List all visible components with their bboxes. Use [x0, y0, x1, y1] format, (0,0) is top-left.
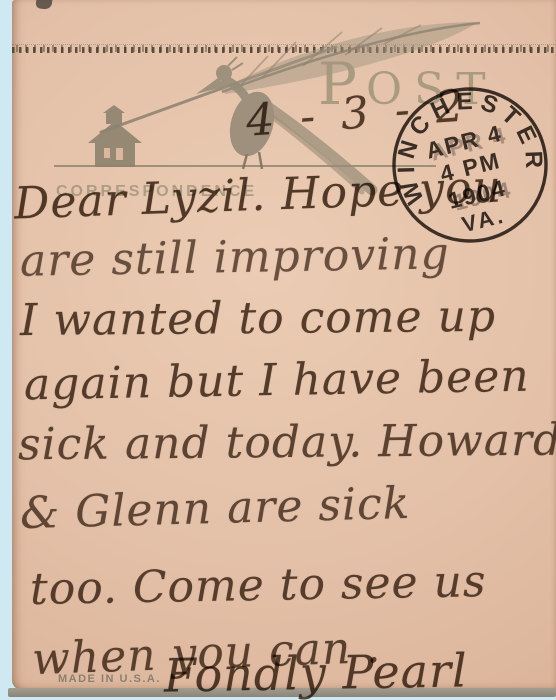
signature-line: Fondly Pearl: [164, 643, 469, 700]
schoolhouse-door: [116, 148, 123, 160]
schoolhouse-cupola: [106, 112, 122, 124]
schoolhouse-icon: [88, 105, 142, 167]
message-line: & Glenn are sick: [19, 478, 411, 539]
postcard-scan: P OST CORRESPONDENCE MA: [0, 0, 556, 700]
schoolhouse-cupola-roof: [103, 105, 125, 113]
message-line: sick and today. Howard: [18, 415, 556, 471]
message-line: I wanted to come up: [20, 291, 496, 346]
schoolhouse-window: [104, 148, 110, 158]
schoolhouse-body: [95, 141, 135, 167]
schoolhouse-roof: [88, 121, 142, 143]
message-line: again but I have been: [24, 351, 530, 411]
message-line: too. Come to see us: [30, 556, 487, 615]
postmark-stamp: WINCHESTER VA. APR 4 APR 4 4 PM 1904 190…: [378, 69, 556, 261]
